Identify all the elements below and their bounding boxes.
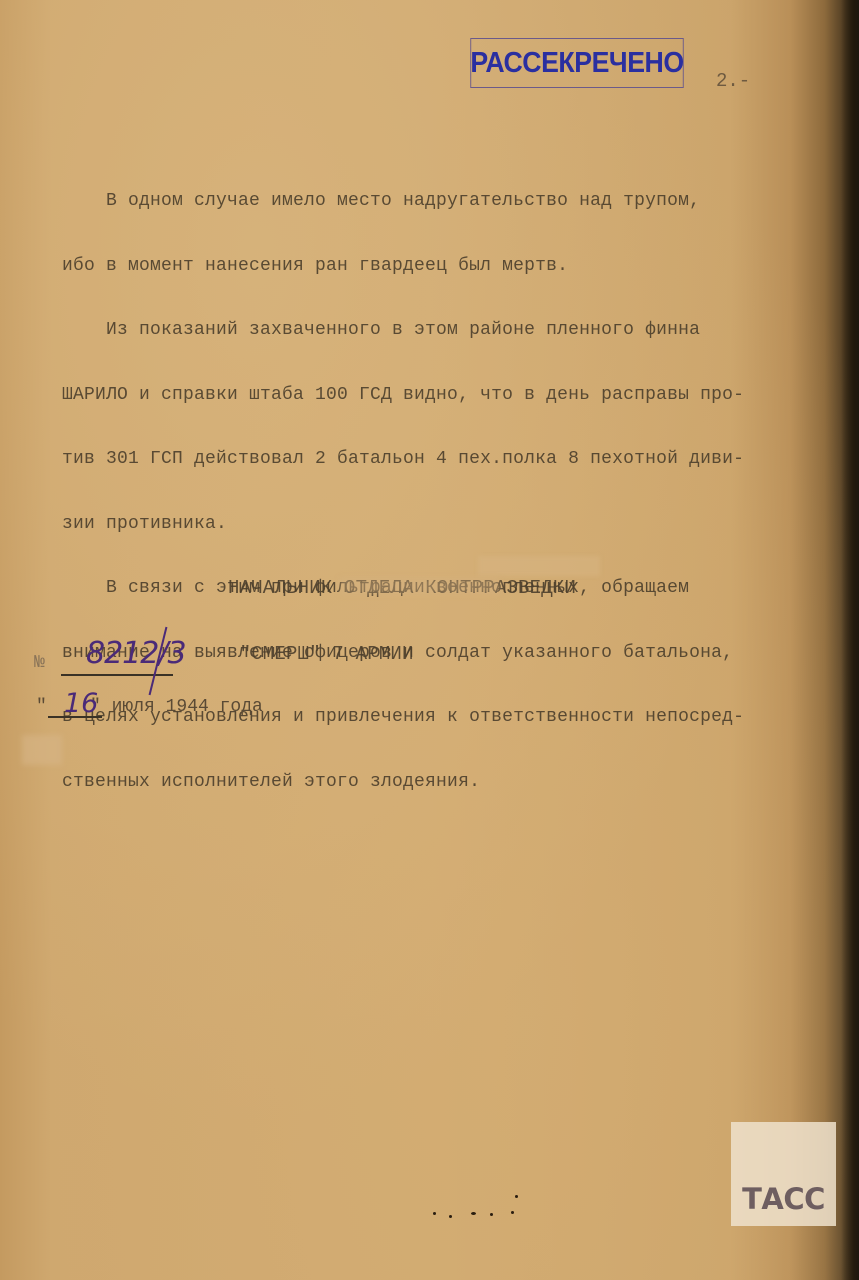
page-number: 2.- [716, 70, 750, 92]
ink-speck [449, 1215, 452, 1218]
handwritten-day: 16 [64, 688, 98, 719]
body-line: ибо в момент нанесения ран гвардеец был … [62, 256, 744, 278]
ink-speck [490, 1213, 493, 1216]
signature-unit: "СМЕРШ" 7 АРМИИ [228, 643, 576, 665]
declassified-stamp: РАССЕКРЕЧЕНО [470, 38, 683, 88]
handwritten-reference-number: 8212/3 [86, 636, 186, 671]
ink-speck [433, 1212, 436, 1215]
body-line: В одном случае имело место надругательст… [62, 191, 744, 213]
body-line: зии противника. [62, 514, 744, 536]
ink-speck [471, 1212, 476, 1215]
body-line: тив 301 ГСП действовал 2 батальон 4 пех.… [62, 449, 744, 471]
number-sign: № [34, 653, 45, 673]
redacted-area [340, 578, 500, 594]
redacted-area [22, 735, 62, 765]
page-edge-shadow [841, 0, 859, 1280]
tass-logo-text: ТАСС [742, 1182, 825, 1216]
ink-speck [511, 1211, 514, 1214]
body-line: ШАРИЛО и справки штаба 100 ГСД видно, чт… [62, 385, 744, 407]
body-line: Из показаний захваченного в этом районе … [62, 320, 744, 342]
ink-speck [515, 1195, 518, 1198]
body-line: ственных исполнителей этого злодеяния. [62, 772, 744, 794]
number-underline [61, 674, 173, 676]
redacted-name [478, 556, 600, 576]
tass-watermark: ТАСС [731, 1122, 836, 1226]
